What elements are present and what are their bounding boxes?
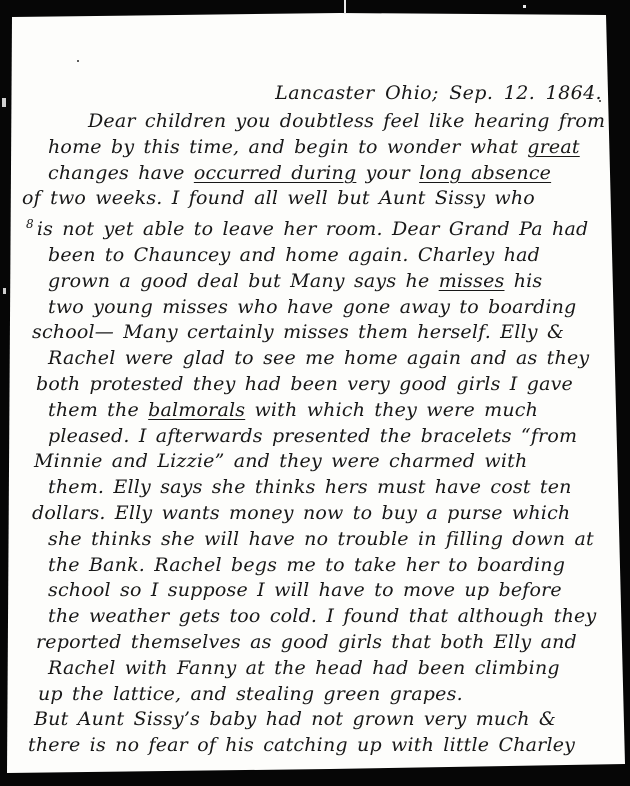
letter-line: them the balmorals with which they were … — [48, 398, 614, 424]
letter-text: school— Many certainly misses them herse… — [32, 321, 564, 343]
letter-text: pleased. I afterwards presented the brac… — [48, 425, 577, 447]
letter-text: she thinks she will have no trouble in f… — [48, 528, 594, 550]
letter-text: both protested they had been very good g… — [36, 373, 573, 395]
letter-text: dollars. Elly wants money now to buy a p… — [32, 502, 570, 524]
letter-lines: Dear children you doubtless feel like he… — [48, 109, 614, 759]
letter-line: pleased. I afterwards presented the brac… — [48, 424, 614, 450]
letter-line: school— Many certainly misses them herse… — [32, 320, 614, 346]
letter-text: of two weeks. I found all well but Aunt … — [22, 187, 535, 209]
letter-line: grown a good deal but Many says he misse… — [48, 269, 614, 295]
letter-text: up the lattice, and stealing green grape… — [38, 683, 463, 705]
margin-correction-mark: 8 — [26, 217, 34, 231]
underlined-text: occurred during — [194, 162, 357, 184]
scan-artifact — [2, 98, 6, 107]
letter-text: Minnie and Lizzie” and they were charmed… — [34, 450, 527, 472]
letter-text: two young misses who have gone away to b… — [48, 296, 576, 318]
letter-line: Rachel were glad to see me home again an… — [48, 346, 614, 372]
letter-text: been to Chauncey and home again. Charley… — [48, 244, 540, 266]
underlined-text: balmorals — [148, 399, 245, 421]
letter-line: dollars. Elly wants money now to buy a p… — [32, 501, 614, 527]
letter-line: the Bank. Rachel begs me to take her to … — [48, 553, 614, 579]
letter-line: reported themselves as good girls that b… — [36, 630, 614, 656]
letter-line: changes have occurred during your long a… — [48, 161, 614, 187]
letter-line: both protested they had been very good g… — [36, 372, 614, 398]
scan-artifact — [3, 288, 6, 294]
letter-text: his — [504, 270, 542, 292]
letter-text: them. Elly says she thinks hers must hav… — [48, 476, 572, 498]
letter-line: up the lattice, and stealing green grape… — [38, 682, 614, 708]
letter-text: the weather gets too cold. I found that … — [48, 605, 596, 627]
scan-speck — [599, 100, 601, 102]
scanned-letter-photo: Lancaster Ohio; Sep. 12. 1864. Dear chil… — [0, 0, 630, 786]
letter-line: Minnie and Lizzie” and they were charmed… — [34, 449, 614, 475]
letter-line: Rachel with Fanny at the head had been c… — [48, 656, 614, 682]
scan-artifact — [523, 5, 526, 8]
letter-text: is not yet able to leave her room. Dear … — [37, 218, 589, 240]
letter-text: home by this time, and begin to wonder w… — [48, 136, 527, 158]
letter-paper: Lancaster Ohio; Sep. 12. 1864. Dear chil… — [0, 0, 630, 786]
letter-line: there is no fear of his catching up with… — [28, 733, 614, 759]
letter-line: two young misses who have gone away to b… — [48, 295, 614, 321]
letter-line: been to Chauncey and home again. Charley… — [48, 243, 614, 269]
letter-text: with which they were much — [245, 399, 538, 421]
letter-line: them. Elly says she thinks hers must hav… — [48, 475, 614, 501]
letter-line: the weather gets too cold. I found that … — [48, 604, 614, 630]
letter-text: them the — [48, 399, 148, 421]
letter-text: your — [356, 162, 419, 184]
letter-text: the Bank. Rachel begs me to take her to … — [48, 554, 565, 576]
letter-line: But Aunt Sissy’s baby had not grown very… — [34, 707, 614, 733]
scan-artifact — [344, 0, 346, 14]
scan-speck — [77, 60, 79, 62]
underlined-text: great — [527, 136, 579, 158]
letter-text: school so I suppose I will have to move … — [48, 579, 562, 601]
letter-line: school so I suppose I will have to move … — [48, 578, 614, 604]
letter-line: home by this time, and begin to wonder w… — [48, 135, 614, 161]
letter-line: Dear children you doubtless feel like he… — [48, 109, 614, 135]
letter-text: reported themselves as good girls that b… — [36, 631, 577, 653]
underlined-text: long absence — [419, 162, 551, 184]
underlined-text: misses — [439, 270, 505, 292]
letter-text: there is no fear of his catching up with… — [28, 734, 575, 756]
letter-line: she thinks she will have no trouble in f… — [48, 527, 614, 553]
letter-text: grown a good deal but Many says he — [48, 270, 439, 292]
letter-line: of two weeks. I found all well but Aunt … — [22, 186, 614, 212]
letter-dateline: Lancaster Ohio; Sep. 12. 1864. — [48, 82, 614, 104]
letter-text: changes have — [48, 162, 194, 184]
letter-text: Rachel were glad to see me home again an… — [48, 347, 589, 369]
letter-text: Dear children you doubtless feel like he… — [88, 110, 605, 132]
letter-text: Rachel with Fanny at the head had been c… — [48, 657, 560, 679]
letter-text: But Aunt Sissy’s baby had not grown very… — [34, 708, 556, 730]
letter-content: Lancaster Ohio; Sep. 12. 1864. Dear chil… — [48, 82, 614, 759]
letter-line: 8is not yet able to leave her room. Dear… — [26, 212, 614, 243]
